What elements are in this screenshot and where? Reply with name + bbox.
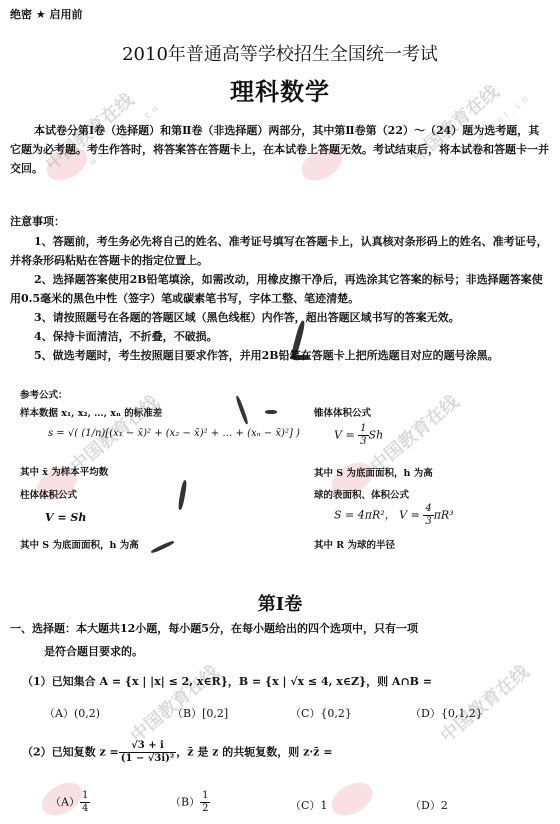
- denominator: 2: [200, 803, 210, 815]
- sphere-note: 其中 R 为球的半径: [314, 537, 395, 551]
- numerator: 1: [200, 790, 210, 803]
- cone-volume-note: 其中 S 为底面面积，h 为高: [314, 465, 433, 479]
- exam-subtitle: 理科数学: [0, 72, 560, 107]
- eol-logo-watermark: [326, 776, 378, 822]
- denominator: 3: [423, 516, 433, 528]
- question-2-option-d: （D）2: [410, 797, 448, 813]
- cone-volume-formula: V = 13Sh: [334, 423, 383, 448]
- numerator: √3 + i: [119, 740, 176, 753]
- formula-text: Sh: [369, 429, 384, 442]
- sphere-formula: S = 4πR²， V = 43πR³: [334, 503, 454, 528]
- reference-heading: 参考公式：: [20, 387, 68, 401]
- stem-text: ，z̄ 是 z 的共轭复数，则 z·z̄ =: [176, 746, 332, 759]
- denominator: 4: [80, 803, 90, 815]
- intro-paragraph: 本试卷分第Ⅰ卷（选择题）和第Ⅱ卷（非选择题）两部分，其中第Ⅱ卷第（22）～（24…: [10, 121, 550, 178]
- exam-title: 2010年普通高等学校招生全国统一考试: [0, 40, 560, 66]
- option-label: （A）: [50, 796, 80, 809]
- note-item: 5、做选考题时，考生按照题目要求作答，并用2B铅笔在答题卡上把所选题目对应的题号…: [10, 346, 550, 365]
- fraction: 14: [80, 790, 90, 815]
- prism-volume-note: 其中 S 为底面面积，h 为高: [20, 537, 139, 551]
- mc-instructions-cont: 是符合题目要求的。: [44, 643, 143, 659]
- cone-volume-label: 锥体体积公式: [314, 405, 371, 419]
- notes-heading: 注意事项：: [10, 213, 65, 229]
- ink-blot: [177, 480, 187, 510]
- question-1-stem: （1）已知集合 A = {x | |x| ≤ 2, x∈R}，B = {x | …: [22, 673, 432, 689]
- site-watermark: 中国教育在线: [434, 658, 533, 747]
- sphere-label: 球的表面积、体积公式: [314, 487, 409, 501]
- stem-text: （2）已知复数 z =: [22, 746, 119, 759]
- numerator: 1: [358, 423, 368, 436]
- fraction: 12: [200, 790, 210, 815]
- question-2-option-c: （C）1: [290, 797, 327, 813]
- section-title: 第Ⅰ卷: [0, 590, 560, 616]
- note-item: 3、请按照题号在各题的答题区域（黑色线框）内作答，超出答题区域书写的答案无效。: [10, 308, 550, 327]
- numerator: 1: [80, 790, 90, 803]
- option-label: （B）: [170, 796, 200, 809]
- std-dev-label: 样本数据 x₁, x₂, …, xₙ 的标准差: [20, 405, 162, 419]
- confidential-label: 绝密 ★ 启用前: [10, 6, 83, 22]
- denominator: (1 − √3i)²: [119, 753, 176, 765]
- question-2-option-b: （B）12: [170, 790, 210, 815]
- prism-volume-formula: V = Sh: [45, 511, 86, 524]
- question-1-option-a: （A）(0,2): [44, 705, 100, 721]
- prism-volume-label: 柱体体积公式: [20, 487, 77, 501]
- formula-text: S = 4πR²， V =: [334, 509, 423, 522]
- question-2-option-a: （A）14: [50, 790, 90, 815]
- std-dev-note: 其中 x̄ 为样本平均数: [20, 464, 108, 478]
- question-1-option-b: （B）[0,2]: [172, 705, 228, 721]
- formula-text: V =: [334, 429, 358, 442]
- ink-blot: [235, 395, 249, 425]
- question-1-option-c: （C）{0,2}: [290, 705, 352, 721]
- fraction: 43: [423, 503, 433, 528]
- fraction: √3 + i(1 − √3i)²: [119, 740, 176, 765]
- ink-blot: [150, 540, 174, 554]
- question-2-stem: （2）已知复数 z =√3 + i(1 − √3i)²，z̄ 是 z 的共轭复数…: [22, 740, 332, 765]
- numerator: 4: [423, 503, 433, 516]
- ink-blot: [265, 410, 277, 414]
- note-item: 2、选择题答案使用2B铅笔填涂，如需改动，用橡皮擦干净后，再选涂其它答案的标号；…: [10, 270, 550, 308]
- note-item: 1、答题前，考生务必先将自己的姓名、准考证号填写在答题卡上，认真核对条形码上的姓…: [10, 232, 550, 270]
- note-item: 4、保持卡面清洁，不折叠，不破损。: [10, 327, 550, 346]
- fraction: 13: [358, 423, 368, 448]
- mc-instructions: 一、选择题：本大题共12小题，每小题5分，在每小题给出的四个选项中，只有一项: [10, 620, 418, 636]
- question-1-option-d: （D）{0,1,2}: [410, 705, 483, 721]
- formula-text: πR³: [434, 509, 454, 522]
- site-watermark: 中国教育在线: [124, 658, 223, 747]
- denominator: 3: [358, 436, 368, 448]
- std-dev-formula: s = √( (1/n)[(x₁ − x̄)² + (x₂ − x̄)² + ……: [48, 428, 300, 439]
